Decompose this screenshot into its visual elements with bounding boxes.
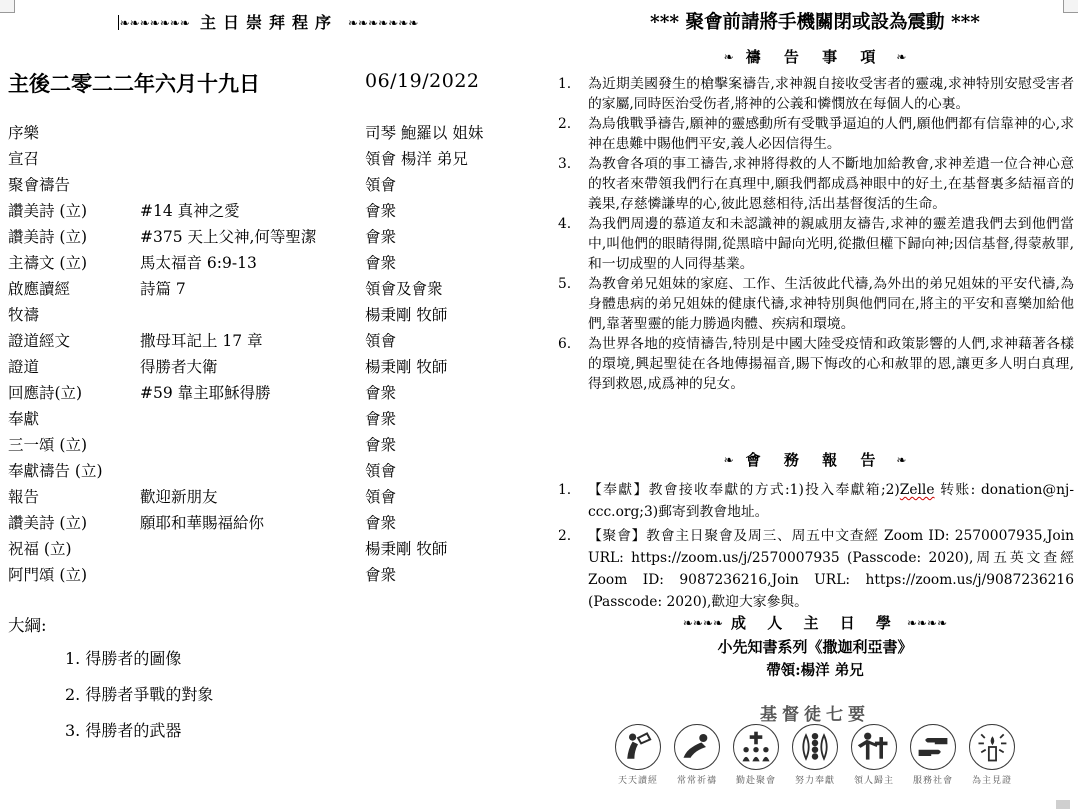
announcements-section-header: ❧會 務 報 告❧ <box>556 449 1074 470</box>
service-row: 報告 歡迎新朋友 領會 <box>8 483 528 509</box>
service-item-who: 會衆 <box>365 563 528 585</box>
service-item-who: 司琴 鮑羅以 姐妹 <box>365 121 528 143</box>
service-row: 奉獻禱告 (立) 領會 <box>8 457 528 483</box>
service-row: 啟應讀經 詩篇 7 領會及會衆 <box>8 275 528 301</box>
date-row: 主後二零二二年六月十九日 06/19/2022 <box>8 68 528 98</box>
sermon-outline-item: 3. 得勝者的武器 <box>65 718 213 754</box>
service-item-name: 序樂 <box>8 121 140 143</box>
service-item-who: 領會 楊洋 弟兄 <box>365 147 528 169</box>
essential-lead-to-lord: 領人歸主 <box>849 724 899 786</box>
service-row: 奉獻 會衆 <box>8 405 528 431</box>
prayer-section-header: ❧禱 告 事 項❧ <box>556 46 1074 67</box>
sermon-outline-item: 2. 得勝者爭戰的對象 <box>65 682 213 718</box>
service-item-who: 會衆 <box>365 407 528 429</box>
prayer-item: 6. 為世界各地的疫情禱告,特別是中國大陸受疫情和政策影響的人們,求神藉著各樣的… <box>558 334 1074 394</box>
sunday-school-header: ❧❧❧❧成 人 主 日 學❧❧❧❧ <box>556 612 1074 633</box>
pray-icon <box>674 724 720 770</box>
service-row: 阿門頌 (立) 會衆 <box>8 561 528 587</box>
candle-icon <box>969 724 1015 770</box>
essential-serve-society: 服務社會 <box>908 724 958 786</box>
prayer-item-text: 為教會弟兄姐妹的家庭、工作、生活彼此代禱,為外出的弟兄姐妹的平安代禱,為身體患病… <box>588 274 1074 334</box>
sunday-school-leader: 帶領:楊洋 弟兄 <box>556 659 1074 680</box>
service-item-name: 主禱文 (立) <box>8 251 140 273</box>
service-row: 序樂 司琴 鮑羅以 姐妹 <box>8 119 528 145</box>
service-row: 證道經文 撒母耳記上 17 章 領會 <box>8 327 528 353</box>
service-item-name: 回應詩(立) <box>8 381 140 403</box>
prayer-item-number: 4. <box>558 214 588 274</box>
service-item-who: 領會 <box>365 459 528 481</box>
service-row: 牧禱 楊秉剛 牧師 <box>8 301 528 327</box>
prayer-item-text: 為烏俄戰爭禱告,願神的靈感動所有受戰爭逼迫的人們,願他們都有信靠神的心,求神在患… <box>588 114 1074 154</box>
service-item-name: 讚美詩 (立) <box>8 511 140 533</box>
ornament-left: ❧❧❧❧ <box>683 616 723 630</box>
worship-order-title-line: ❧❧❧❧❧❧❧主日崇拜程序❧❧❧❧❧❧❧ <box>8 10 528 33</box>
ornament-right: ❧ <box>896 50 906 64</box>
service-item-who: 會衆 <box>365 199 528 221</box>
essential-label: 天天讀經 <box>618 773 658 786</box>
service-item-name: 讚美詩 (立) <box>8 225 140 247</box>
announcement-item-text: 【聚會】教會主日聚會及周三、周五中文查經 Zoom ID: 2570007935… <box>588 525 1074 613</box>
service-item-name: 啟應讀經 <box>8 277 140 299</box>
essential-label: 領人歸主 <box>854 773 894 786</box>
service-item-name: 證道 <box>8 355 140 377</box>
ornament-right: ❧ <box>896 453 906 467</box>
prayer-item-number: 2. <box>558 114 588 154</box>
service-item-who: 楊秉剛 牧師 <box>365 303 528 325</box>
read-bible-icon <box>615 724 661 770</box>
ornament-left: ❧ <box>724 50 734 64</box>
ornament-left: ❧❧❧❧❧❧❧ <box>120 16 190 30</box>
service-item-who: 楊秉剛 牧師 <box>365 355 528 377</box>
prayer-item: 5. 為教會弟兄姐妹的家庭、工作、生活彼此代禱,為外出的弟兄姐妹的平安代禱,為身… <box>558 274 1074 334</box>
service-item-who: 會衆 <box>365 225 528 247</box>
service-item-detail: 得勝者大衛 <box>140 355 365 377</box>
page-corner-mark-bottom <box>1056 800 1070 809</box>
service-item-name: 宣召 <box>8 147 140 169</box>
service-item-name: 三一頌 (立) <box>8 433 140 455</box>
service-item-who: 會衆 <box>365 511 528 533</box>
service-item-name: 證道經文 <box>8 329 140 351</box>
service-row: 讚美詩 (立) #14 真神之愛 會衆 <box>8 197 528 223</box>
date-english: 06/19/2022 <box>365 70 480 92</box>
service-item-name: 阿門頌 (立) <box>8 563 140 585</box>
service-item-detail: 願耶和華賜福給你 <box>140 511 365 533</box>
essential-read-bible: 天天讀經 <box>613 724 663 786</box>
service-row: 主禱文 (立) 馬太福音 6:9-13 會衆 <box>8 249 528 275</box>
sermon-outline-list: 1. 得勝者的圖像 2. 得勝者爭戰的對象 3. 得勝者的武器 <box>65 646 213 754</box>
announcement-item-number: 1. <box>558 479 588 523</box>
service-item-detail: #14 真神之愛 <box>140 199 365 221</box>
essential-witness: 為主見證 <box>967 724 1017 786</box>
essential-pray: 常常祈禱 <box>672 724 722 786</box>
essential-label: 服務社會 <box>913 773 953 786</box>
essential-label: 努力奉獻 <box>795 773 835 786</box>
essential-label: 勤赴聚會 <box>736 773 776 786</box>
service-item-who: 會衆 <box>365 381 528 403</box>
service-item-name: 聚會禱告 <box>8 173 140 195</box>
ornament-right: ❧❧❧❧❧❧❧ <box>348 16 418 30</box>
offering-icon <box>792 724 838 770</box>
service-item-name: 奉獻禱告 (立) <box>8 459 140 481</box>
announcement-item: 2. 【聚會】教會主日聚會及周三、周五中文查經 Zoom ID: 2570007… <box>558 525 1074 613</box>
sermon-outline-title: 大綱: <box>8 612 47 636</box>
announcement-item-text: 【奉獻】教會接收奉獻的方式:1)投入奉獻箱;2)Zelle 转账: donati… <box>588 479 1074 523</box>
service-item-detail: 歡迎新朋友 <box>140 485 365 507</box>
worship-order-title: 主日崇拜程序 <box>200 13 338 32</box>
spellcheck-word: Zelle <box>900 482 935 498</box>
service-item-name: 奉獻 <box>8 407 140 429</box>
prayer-item-text: 為近期美國發生的槍擊案禱告,求神親自接收受害者的靈魂,求神特別安慰受害者的家屬,… <box>588 74 1074 114</box>
prayer-item: 2. 為烏俄戰爭禱告,願神的靈感動所有受戰爭逼迫的人們,願他們都有信靠神的心,求… <box>558 114 1074 154</box>
ornament-right: ❧❧❧❧ <box>907 616 947 630</box>
prayer-item-text: 為教會各項的事工禱告,求神將得救的人不斷地加給教會,求神差遣一位合神心意的牧者來… <box>588 154 1074 214</box>
prayer-item-number: 5. <box>558 274 588 334</box>
seven-essentials-row: 天天讀經 常常祈禱 <box>556 724 1074 786</box>
prayer-item-number: 1. <box>558 74 588 114</box>
phone-notice: *** 聚會前請將手機關閉或設為震動 *** <box>556 8 1074 34</box>
seven-essentials-title: 基督徒七要 <box>556 700 1074 725</box>
service-item-name: 讚美詩 (立) <box>8 199 140 221</box>
service-item-name: 牧禱 <box>8 303 140 325</box>
service-row: 祝福 (立) 楊秉剛 牧師 <box>8 535 528 561</box>
date-chinese: 主後二零二二年六月十九日 <box>8 71 260 96</box>
service-item-name: 報告 <box>8 485 140 507</box>
essential-offering: 努力奉獻 <box>790 724 840 786</box>
sermon-outline-item: 1. 得勝者的圖像 <box>65 646 213 682</box>
service-item-who: 領會 <box>365 485 528 507</box>
announcement-item: 1. 【奉獻】教會接收奉獻的方式:1)投入奉獻箱;2)Zelle 转账: don… <box>558 479 1074 523</box>
service-item-detail: 馬太福音 6:9-13 <box>140 251 365 273</box>
bulletin-page: ❧❧❧❧❧❧❧主日崇拜程序❧❧❧❧❧❧❧ 主後二零二二年六月十九日 06/19/… <box>0 0 1078 809</box>
sunday-school-series: 小先知書系列《撒迦利亞書》 <box>556 636 1074 657</box>
service-row: 宣召 領會 楊洋 弟兄 <box>8 145 528 171</box>
essential-label: 為主見證 <box>972 773 1012 786</box>
prayer-item: 4. 為我們周邊的慕道友和未認識神的親戚朋友禱告,求神的靈差遣我們去到他們當中,… <box>558 214 1074 274</box>
service-row: 聚會禱告 領會 <box>8 171 528 197</box>
prayer-item-text: 為世界各地的疫情禱告,特別是中國大陸受疫情和政策影響的人們,求神藉著各樣的環境,… <box>588 334 1074 394</box>
prayer-items-list: 1. 為近期美國發生的槍擊案禱告,求神親自接收受害者的靈魂,求神特別安慰受害者的… <box>558 74 1074 394</box>
announcements-list: 1. 【奉獻】教會接收奉獻的方式:1)投入奉獻箱;2)Zelle 转账: don… <box>558 479 1074 615</box>
service-item-who: 楊秉剛 牧師 <box>365 537 528 559</box>
prayer-item-number: 6. <box>558 334 588 394</box>
service-item-detail: 詩篇 7 <box>140 277 365 299</box>
service-item-name: 祝福 (立) <box>8 537 140 559</box>
service-item-detail: #59 靠主耶穌得勝 <box>140 381 365 403</box>
service-item-detail: #375 天上父神,何等聖潔 <box>140 225 365 247</box>
prayer-item-text: 為我們周邊的慕道友和未認識神的親戚朋友禱告,求神的靈差遣我們去到他們當中,叫他們… <box>588 214 1074 274</box>
serving-hands-icon <box>910 724 956 770</box>
prayer-item: 1. 為近期美國發生的槍擊案禱告,求神親自接收受害者的靈魂,求神特別安慰受害者的… <box>558 74 1074 114</box>
service-row: 讚美詩 (立) #375 天上父神,何等聖潔 會衆 <box>8 223 528 249</box>
service-item-who: 領會及會衆 <box>365 277 528 299</box>
gathering-icon <box>733 724 779 770</box>
service-row: 回應詩(立) #59 靠主耶穌得勝 會衆 <box>8 379 528 405</box>
prayer-item-number: 3. <box>558 154 588 214</box>
ornament-left: ❧ <box>724 453 734 467</box>
text-cursor <box>118 15 119 30</box>
service-row: 證道 得勝者大衛 楊秉剛 牧師 <box>8 353 528 379</box>
service-item-who: 領會 <box>365 329 528 351</box>
essential-label: 常常祈禱 <box>677 773 717 786</box>
prayer-item: 3. 為教會各項的事工禱告,求神將得救的人不斷地加給教會,求神差遣一位合神心意的… <box>558 154 1074 214</box>
evangelism-icon <box>851 724 897 770</box>
service-row: 三一頌 (立) 會衆 <box>8 431 528 457</box>
service-item-who: 會衆 <box>365 433 528 455</box>
service-order-list: 序樂 司琴 鮑羅以 姐妹 宣召 領會 楊洋 弟兄 聚會禱告 領會 <box>8 119 528 587</box>
service-item-detail: 撒母耳記上 17 章 <box>140 329 365 351</box>
essential-attend-meetings: 勤赴聚會 <box>731 724 781 786</box>
service-item-who: 會衆 <box>365 251 528 273</box>
service-item-who: 領會 <box>365 173 528 195</box>
announcement-item-number: 2. <box>558 525 588 613</box>
service-row: 讚美詩 (立) 願耶和華賜福給你 會衆 <box>8 509 528 535</box>
